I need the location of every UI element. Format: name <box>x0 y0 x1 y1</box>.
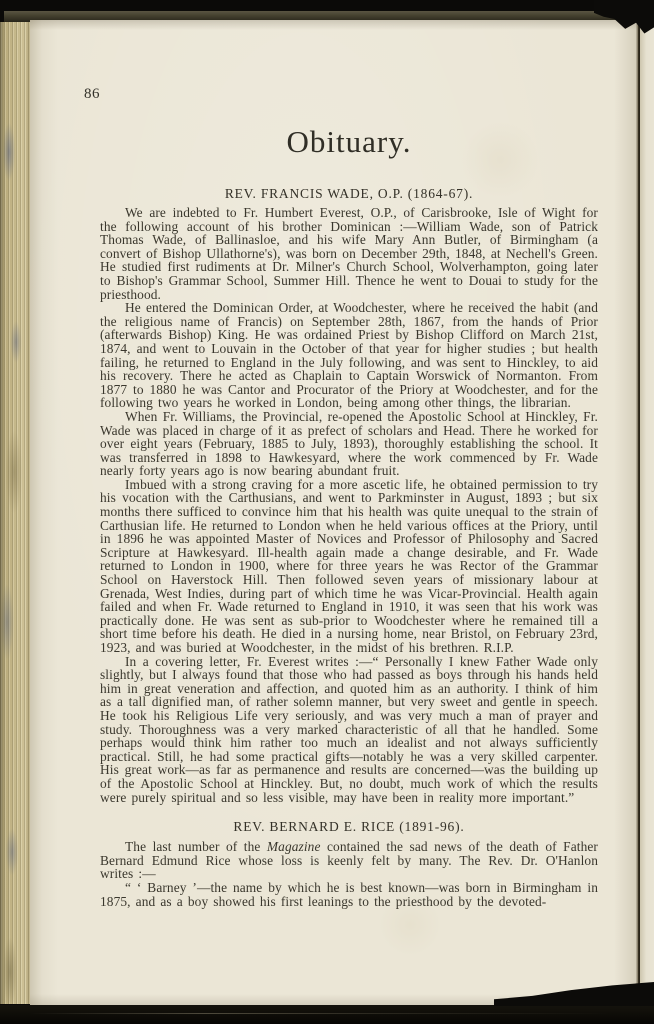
page-title: Obituary. <box>100 124 598 160</box>
page-gutter-crease <box>636 24 640 1000</box>
paragraph: “ ‘ Barney ’—the name by which he is bes… <box>100 881 598 908</box>
obituary-entry-rice: REV. BERNARD E. RICE (1891-96). The last… <box>100 819 598 908</box>
page-number: 86 <box>84 86 100 103</box>
book-scan: 86 Obituary. REV. FRANCIS WADE, O.P. (18… <box>0 0 654 1024</box>
entry-heading-rice: REV. BERNARD E. RICE (1891-96). <box>100 819 598 835</box>
paragraph: When Fr. Williams, the Provincial, re-op… <box>100 410 598 478</box>
page-edges-left <box>0 22 32 1004</box>
book-page: 86 Obituary. REV. FRANCIS WADE, O.P. (18… <box>30 20 638 1006</box>
paragraph: We are indebted to Fr. Humbert Everest, … <box>100 206 598 301</box>
facing-page-sliver <box>640 24 654 1000</box>
paragraph: The last number of the Magazine containe… <box>100 840 598 881</box>
book-bottom-edge <box>0 1005 654 1024</box>
paragraph: Imbued with a strong craving for a more … <box>100 478 598 655</box>
paragraph: In a covering letter, Fr. Everest writes… <box>100 655 598 805</box>
obituary-entry-wade: REV. FRANCIS WADE, O.P. (1864-67). We ar… <box>100 186 598 804</box>
entry-heading-wade: REV. FRANCIS WADE, O.P. (1864-67). <box>100 186 598 202</box>
page-content: Obituary. REV. FRANCIS WADE, O.P. (1864-… <box>30 20 638 908</box>
paragraph: He entered the Dominican Order, at Woodc… <box>100 301 598 410</box>
